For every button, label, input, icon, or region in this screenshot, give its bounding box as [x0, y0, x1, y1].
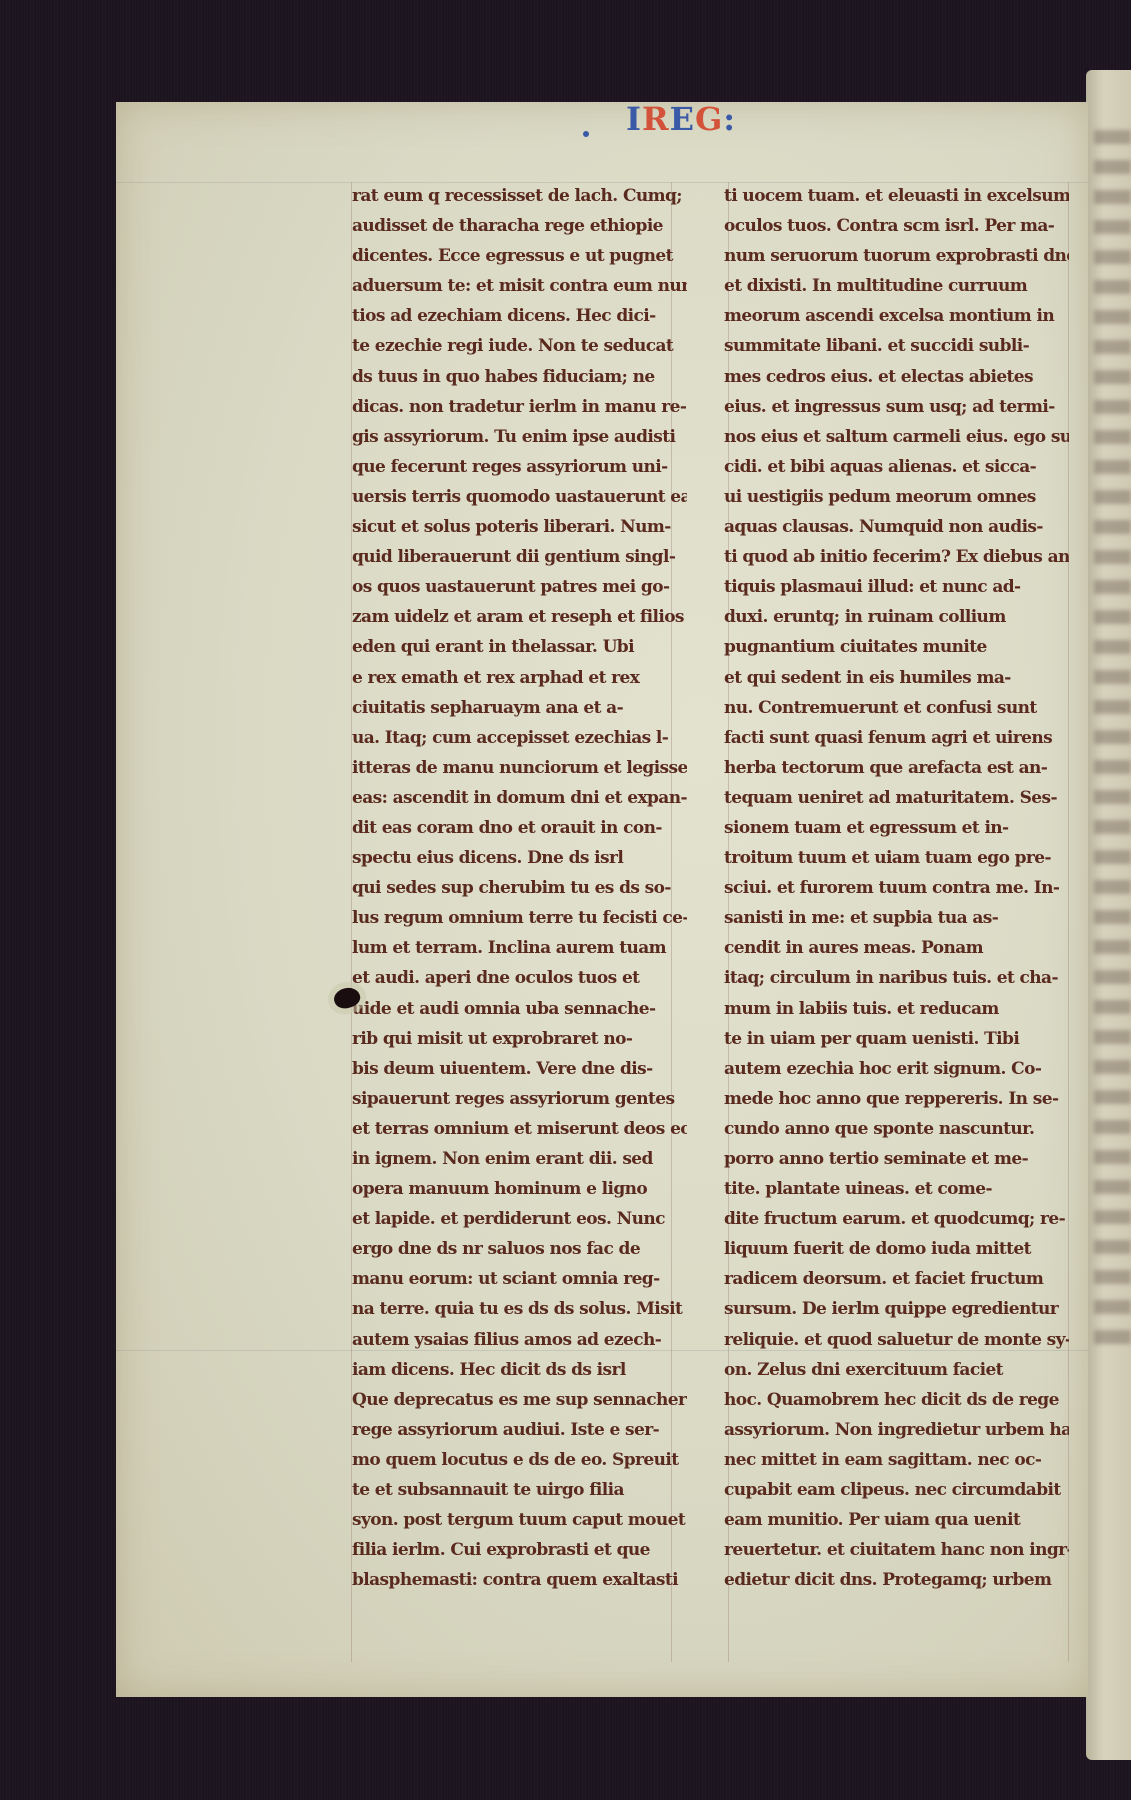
text-line: filia ierlm. Cui exprobrasti et que — [352, 1535, 687, 1565]
text-line: te in uiam per quam uenisti. Tibi — [724, 1024, 1069, 1054]
text-line: ergo dne ds nr saluos nos fac de — [352, 1234, 687, 1264]
facing-page-edge — [1086, 70, 1131, 1760]
text-line: sipauerunt reges assyriorum gentes — [352, 1084, 687, 1114]
text-line: pugnantium ciuitates munite — [724, 632, 1069, 662]
text-column-right: ti uocem tuam. et eleuasti in excelsumoc… — [724, 181, 1069, 1595]
running-head-letter: E — [670, 100, 695, 138]
text-line: ciuitatis sepharuaym ana et a- — [352, 693, 687, 723]
text-line: e rex emath et rex arphad et rex — [352, 663, 687, 693]
text-line: autem ezechia hoc erit signum. Co- — [724, 1054, 1069, 1084]
text-line: eas: ascendit in domum dni et expan- — [352, 783, 687, 813]
text-line: sanisti in me: et supbia tua as- — [724, 903, 1069, 933]
text-line: et dixisti. In multitudine curruum — [724, 271, 1069, 301]
text-line: porro anno tertio seminate et me- — [724, 1144, 1069, 1174]
text-line: radicem deorsum. et faciet fructum — [724, 1264, 1069, 1294]
text-line: troitum tuum et uiam tuam ego pre- — [724, 843, 1069, 873]
text-line: reliquie. et quod saluetur de monte sy- — [724, 1325, 1069, 1355]
text-line: liquum fuerit de domo iuda mittet — [724, 1234, 1069, 1264]
text-line: ti quod ab initio fecerim? Ex diebus an- — [724, 542, 1069, 572]
text-line: et audi. aperi dne oculos tuos et — [352, 963, 687, 993]
text-line: quid liberauerunt dii gentium singl- — [352, 542, 687, 572]
text-line: aquas clausas. Numquid non audis- — [724, 512, 1069, 542]
text-line: herba tectorum que arefacta est an- — [724, 753, 1069, 783]
running-head-colon: : — [723, 100, 736, 138]
text-line: qui sedes sup cherubim tu es ds so- — [352, 873, 687, 903]
text-line: te et subsannauit te uirgo filia — [352, 1475, 687, 1505]
text-line: meorum ascendi excelsa montium in — [724, 301, 1069, 331]
text-line: tequam ueniret ad maturitatem. Ses- — [724, 783, 1069, 813]
text-line: sicut et solus poteris liberari. Num- — [352, 512, 687, 542]
text-line: nec mittet in eam sagittam. nec oc- — [724, 1445, 1069, 1475]
text-line: tiquis plasmaui illud: et nunc ad- — [724, 572, 1069, 602]
text-line: ui uestigiis pedum meorum omnes — [724, 482, 1069, 512]
running-head: IREG: — [626, 100, 736, 138]
text-line: et qui sedent in eis humiles ma- — [724, 663, 1069, 693]
text-line: mo quem locutus e ds de eo. Spreuit — [352, 1445, 687, 1475]
text-line: lum et terram. Inclina aurem tuam — [352, 933, 687, 963]
text-line: eam munitio. Per uiam qua uenit — [724, 1505, 1069, 1535]
text-line: Que deprecatus es me sup sennacherib — [352, 1385, 687, 1415]
text-line: spectu eius dicens. Dne ds isrl — [352, 843, 687, 873]
text-line: et lapide. et perdiderunt eos. Nunc — [352, 1204, 687, 1234]
text-line: syon. post tergum tuum caput mouet — [352, 1505, 687, 1535]
text-line: rat eum q recessisset de lach. Cumq; — [352, 181, 687, 211]
text-line: dit eas coram dno et orauit in con- — [352, 813, 687, 843]
text-line: reuertetur. et ciuitatem hanc non ingr- — [724, 1535, 1069, 1565]
text-line: rib qui misit ut exprobraret no- — [352, 1024, 687, 1054]
text-line: et terras omnium et miserunt deos eorum — [352, 1114, 687, 1144]
text-line: in ignem. Non enim erant dii. sed — [352, 1144, 687, 1174]
text-line: ds tuus in quo habes fiduciam; ne — [352, 362, 687, 392]
text-line: ua. Itaq; cum accepisset ezechias l- — [352, 723, 687, 753]
text-line: gis assyriorum. Tu enim ipse audisti — [352, 422, 687, 452]
text-line: eius. et ingressus sum usq; ad termi- — [724, 392, 1069, 422]
text-line: zam uidelz et aram et reseph et filios — [352, 602, 687, 632]
text-line: tios ad ezechiam dicens. Hec dici- — [352, 301, 687, 331]
running-head-prefix: I — [626, 100, 642, 138]
text-line: autem ysaias filius amos ad ezech- — [352, 1325, 687, 1355]
text-line: dicas. non tradetur ierlm in manu re- — [352, 392, 687, 422]
text-line: iam dicens. Hec dicit ds ds isrl — [352, 1355, 687, 1385]
text-line: duxi. eruntq; in ruinam collium — [724, 602, 1069, 632]
text-line: te ezechie regi iude. Non te seducat — [352, 331, 687, 361]
text-line: cendit in aures meas. Ponam — [724, 933, 1069, 963]
text-line: aduersum te: et misit contra eum nun- — [352, 271, 687, 301]
text-line: summitate libani. et succidi subli- — [724, 331, 1069, 361]
text-line: hoc. Quamobrem hec dicit ds de rege — [724, 1385, 1069, 1415]
text-line: oculos tuos. Contra scm isrl. Per ma- — [724, 211, 1069, 241]
text-line: sursum. De ierlm quippe egredientur — [724, 1294, 1069, 1324]
text-line: nos eius et saltum carmeli eius. ego suc… — [724, 422, 1069, 452]
text-line: mes cedros eius. et electas abietes — [724, 362, 1069, 392]
running-head-letter: G — [695, 100, 723, 138]
text-line: edietur dicit dns. Protegamq; urbem — [724, 1565, 1069, 1595]
text-line: na terre. quia tu es ds ds solus. Misit — [352, 1294, 687, 1324]
text-line: que fecerunt reges assyriorum uni- — [352, 452, 687, 482]
text-line: ti uocem tuam. et eleuasti in excelsum — [724, 181, 1069, 211]
text-line: sciui. et furorem tuum contra me. In- — [724, 873, 1069, 903]
text-line: os quos uastauerunt patres mei go- — [352, 572, 687, 602]
text-line: manu eorum: ut sciant omnia reg- — [352, 1264, 687, 1294]
text-line: lus regum omnium terre tu fecisti ce- — [352, 903, 687, 933]
text-column-left: rat eum q recessisset de lach. Cumq;audi… — [352, 181, 687, 1595]
text-line: num seruorum tuorum exprobrasti dno: — [724, 241, 1069, 271]
text-line: sionem tuam et egressum et in- — [724, 813, 1069, 843]
blue-ink-dot — [583, 131, 589, 137]
text-line: cupabit eam clipeus. nec circumdabit — [724, 1475, 1069, 1505]
text-line: cundo anno que sponte nascuntur. — [724, 1114, 1069, 1144]
text-line: nu. Contremuerunt et confusi sunt — [724, 693, 1069, 723]
text-line: itteras de manu nunciorum et legisset — [352, 753, 687, 783]
text-line: opera manuum hominum e ligno — [352, 1174, 687, 1204]
text-line: uide et audi omnia uba sennache- — [352, 994, 687, 1024]
text-line: eden qui erant in thelassar. Ubi — [352, 632, 687, 662]
text-line: mum in labiis tuis. et reducam — [724, 994, 1069, 1024]
text-line: uersis terris quomodo uastauerunt eas — [352, 482, 687, 512]
text-line: dicentes. Ecce egressus e ut pugnet — [352, 241, 687, 271]
text-line: assyriorum. Non ingredietur urbem hanc — [724, 1415, 1069, 1445]
text-line: audisset de tharacha rege ethiopie — [352, 211, 687, 241]
text-line: rege assyriorum audiui. Iste e ser- — [352, 1415, 687, 1445]
text-line: tite. plantate uineas. et come- — [724, 1174, 1069, 1204]
text-line: on. Zelus dni exercituum faciet — [724, 1355, 1069, 1385]
running-head-letter: R — [642, 100, 670, 138]
text-line: dite fructum earum. et quodcumq; re- — [724, 1204, 1069, 1234]
text-line: blasphemasti: contra quem exaltasti — [352, 1565, 687, 1595]
text-line: itaq; circulum in naribus tuis. et cha- — [724, 963, 1069, 993]
text-line: mede hoc anno que reppereris. In se- — [724, 1084, 1069, 1114]
text-line: facti sunt quasi fenum agri et uirens — [724, 723, 1069, 753]
text-line: cidi. et bibi aquas alienas. et sicca- — [724, 452, 1069, 482]
text-line: bis deum uiuentem. Vere dne dis- — [352, 1054, 687, 1084]
